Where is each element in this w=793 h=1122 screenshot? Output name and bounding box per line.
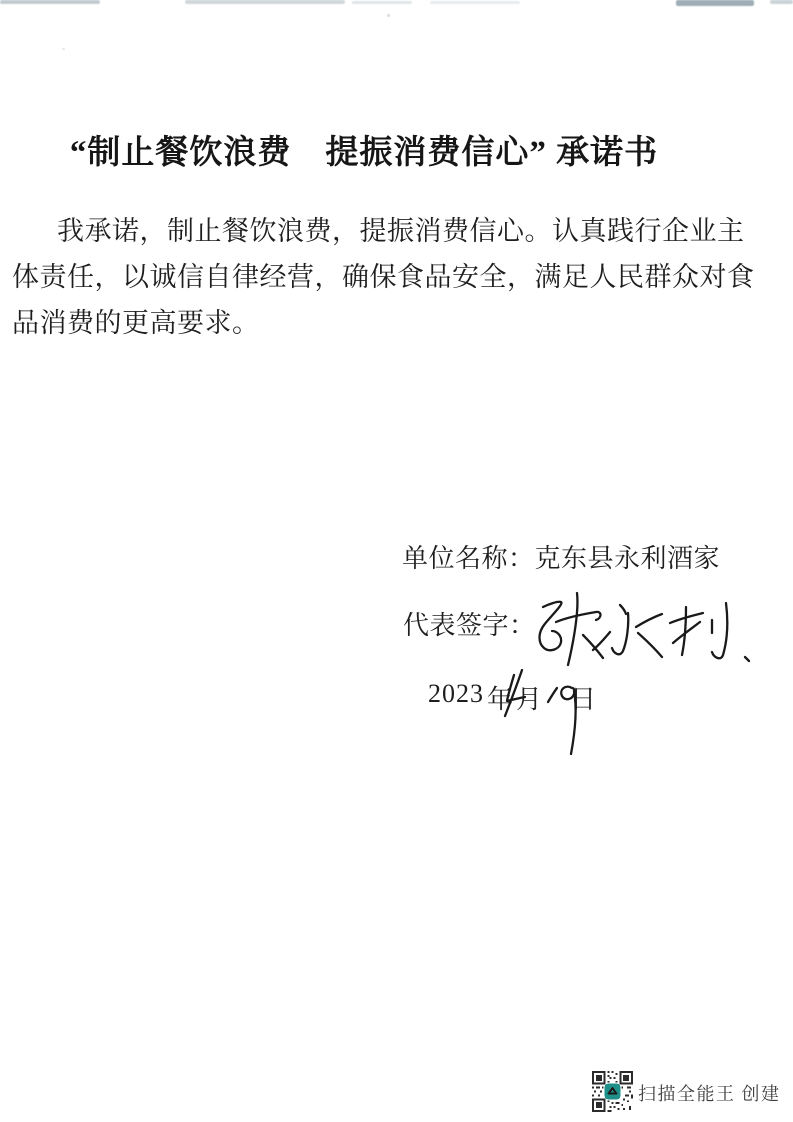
- body-line: 品消费的更高要求。: [12, 300, 778, 346]
- unit-name-value: 克东县永利酒家: [535, 544, 721, 573]
- document-title: “制止餐饮浪费 提振消费信心” 承诺书: [0, 126, 728, 173]
- handwritten-day-digits: [543, 682, 583, 758]
- scan-speck: [62, 48, 65, 50]
- body-line: 我承诺，制止餐饮浪费，提振消费信心。认真践行企业主: [12, 208, 778, 254]
- scan-artifact: [352, 1, 412, 4]
- scanned-document-page: “制止餐饮浪费 提振消费信心” 承诺书 我承诺，制止餐饮浪费，提振消费信心。认真…: [0, 0, 793, 1122]
- unit-name-line: 单位名称：克东县永利酒家: [402, 538, 720, 575]
- qr-center-logo: [605, 1084, 621, 1100]
- scanner-watermark-text: 扫描全能王 创建: [638, 1080, 781, 1106]
- qr-code-icon: [592, 1071, 633, 1112]
- signature-label: 代表签字：: [403, 605, 536, 642]
- scan-artifact: [676, 0, 754, 6]
- scan-artifact: [430, 1, 520, 4]
- scan-artifact: [185, 0, 345, 4]
- scan-artifact: [770, 0, 793, 4]
- handwritten-month-digit: [500, 667, 530, 719]
- handwritten-signature: [520, 585, 755, 690]
- scan-artifact: [0, 0, 100, 4]
- body-line: 体责任，以诚信自律经营，确保食品安全，满足人民群众对食: [12, 254, 778, 300]
- body-paragraph: 我承诺，制止餐饮浪费，提振消费信心。认真践行企业主 体责任，以诚信自律经营，确保…: [12, 208, 778, 346]
- unit-name-label: 单位名称：: [402, 544, 535, 573]
- date-year: 2023: [428, 679, 484, 709]
- scan-speck: [387, 14, 390, 17]
